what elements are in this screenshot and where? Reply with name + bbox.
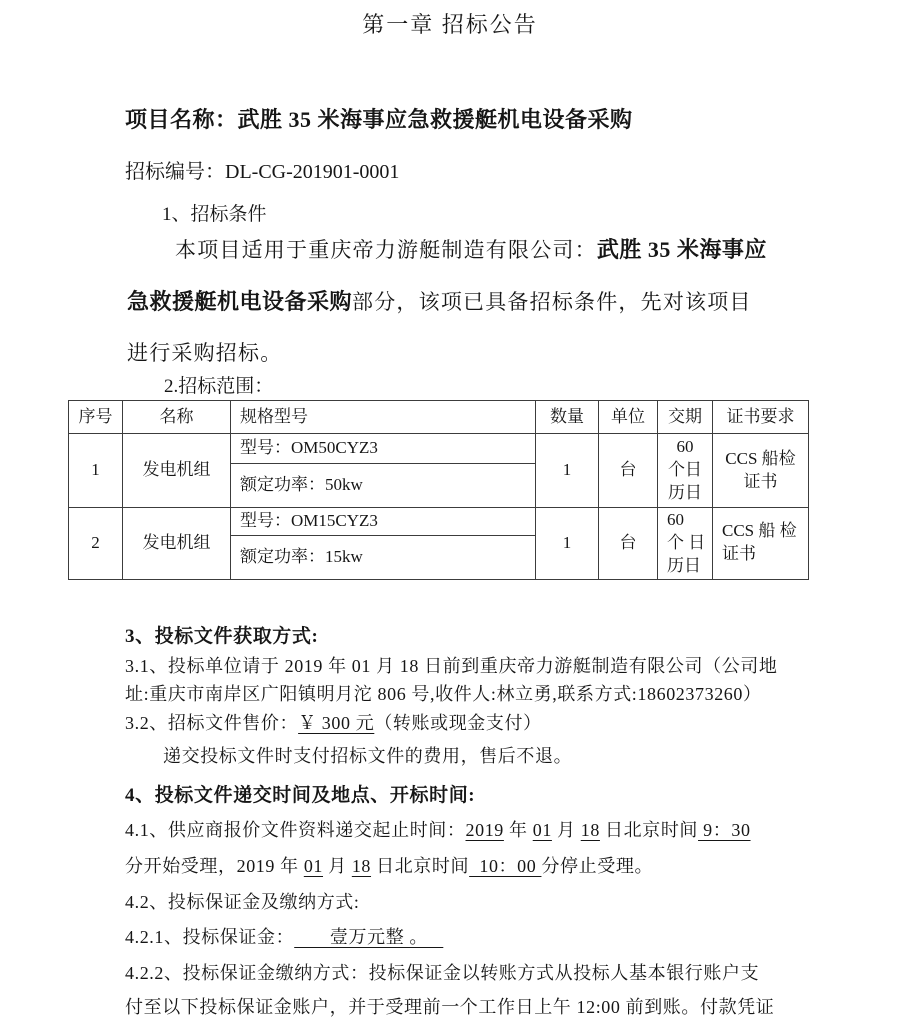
header-seq: 序号 (69, 401, 123, 434)
item-3-2-line: 3.2、招标文件售价：￥ 300 元（转账或现金支付） (125, 709, 542, 735)
cell-unit: 台 (599, 508, 658, 580)
header-name: 名称 (123, 401, 231, 434)
underlined-year: 2019 (466, 820, 504, 840)
section4-heading: 4、投标文件递交时间及地点、开标时间: (125, 780, 475, 807)
header-spec: 规格型号 (231, 401, 536, 434)
item-4-1-line2: 分开始受理，2019 年 01 月 18 日北京时间 10：00 分停止受理。 (125, 852, 653, 878)
tender-number-line: 招标编号：DL-CG-201901-0001 (125, 155, 399, 184)
item-4-1-line1: 4.1、供应商报价文件资料递交起止时间：2019 年 01 月 18 日北京时间… (125, 816, 751, 842)
document-price-underlined: ￥ 300 元 (298, 713, 374, 733)
item-4-2-2-line1: 4.2.2、投标保证金缴纳方式：投标保证金以转账方式从投标人基本银行账户支 (125, 959, 759, 985)
cell-model: 型号：OM50CYZ3 (231, 434, 536, 464)
deposit-amount-underlined: 壹万元整 。 (294, 927, 443, 947)
cell-delivery: 60 个日 历日 (658, 434, 713, 508)
table-row: 2 发电机组 型号：OM15CYZ3 1 台 60 个 日 历日 CCS 船 检… (69, 508, 809, 536)
cell-seq: 2 (69, 508, 123, 580)
procurement-scope-table: 序号 名称 规格型号 数量 单位 交期 证书要求 1 发电机组 型号：OM50C… (68, 400, 809, 580)
underlined-day: 18 (581, 820, 600, 840)
chapter-title: 第一章 招标公告 (0, 8, 900, 39)
table-row: 1 发电机组 型号：OM50CYZ3 1 台 60 个日 历日 CCS 船检 证… (69, 434, 809, 464)
text-segment: 4.1、供应商报价文件资料递交起止时间： (125, 820, 466, 840)
section1-paragraph-line3: 进行采购招标。 (127, 337, 282, 367)
section3-heading: 3、投标文件获取方式: (125, 621, 318, 648)
table-header-row: 序号 名称 规格型号 数量 单位 交期 证书要求 (69, 401, 809, 434)
paragraph-text: 部分，该项已具备招标条件，先对该项目 (352, 290, 752, 314)
header-qty: 数量 (536, 401, 599, 434)
item-4-2-2-line2: 付至以下投标保证金账户，并于受理前一个工作日上午 12:00 前到账。付款凭证 (125, 993, 774, 1019)
underlined-month: 01 (304, 856, 323, 876)
text-segment: 月 (323, 856, 352, 876)
paragraph-bold-text: 武胜 35 米海事应 (597, 237, 767, 262)
paragraph-text: 本项目适用于重庆帝力游艇制造有限公司： (175, 238, 597, 262)
header-cert: 证书要求 (713, 401, 809, 434)
cell-name: 发电机组 (123, 508, 231, 580)
cell-cert: CCS 船 检 证书 (713, 508, 809, 580)
cell-unit: 台 (599, 434, 658, 508)
text-segment: 月 (552, 820, 581, 840)
text-segment: 分开始受理，2019 年 (125, 856, 304, 876)
cell-model: 型号：OM15CYZ3 (231, 508, 536, 536)
item-3-2-suffix: （转账或现金支付） (374, 713, 541, 733)
section1-paragraph-line2: 急救援艇机电设备采购部分，该项已具备招标条件，先对该项目 (127, 285, 752, 316)
item-4-2-1-line: 4.2.1、投标保证金： 壹万元整 。 (125, 923, 443, 949)
cell-name: 发电机组 (123, 434, 231, 508)
text-segment: 日北京时间 (600, 820, 698, 840)
underlined-month: 01 (533, 820, 552, 840)
project-name-heading: 项目名称：武胜 35 米海事应急救援艇机电设备采购 (125, 103, 633, 134)
document-page: { "document": { "chapter_title": "第一章 招标… (0, 0, 900, 1020)
section1-paragraph-line1: 本项目适用于重庆帝力游艇制造有限公司：武胜 35 米海事应 (175, 233, 767, 264)
tender-number-value: DL-CG-201901-0001 (225, 161, 399, 183)
text-segment: 年 (504, 820, 533, 840)
cell-qty: 1 (536, 508, 599, 580)
underlined-day: 18 (352, 856, 371, 876)
header-unit: 单位 (599, 401, 658, 434)
underlined-time: 9：30 (698, 820, 751, 840)
underlined-time: 10：00 (469, 856, 541, 876)
header-delivery: 交期 (658, 401, 713, 434)
tender-number-label: 招标编号： (125, 161, 225, 183)
cell-power: 额定功率：15kw (231, 536, 536, 580)
cell-delivery: 60 个 日 历日 (658, 508, 713, 580)
section1-heading: 1、招标条件 (162, 199, 267, 226)
item-3-2-label: 3.2、招标文件售价： (125, 713, 298, 733)
paragraph-bold-text: 急救援艇机电设备采购 (127, 289, 352, 314)
section2-heading: 2.招标范围： (164, 371, 273, 398)
item-4-2-heading: 4.2、投标保证金及缴纳方式: (125, 888, 360, 914)
item-3-1-line1: 3.1、投标单位请于 2019 年 01 月 18 日前到重庆帝力游艇制造有限公… (125, 652, 778, 678)
text-segment: 分停止受理。 (541, 856, 653, 876)
cell-seq: 1 (69, 434, 123, 508)
cell-power: 额定功率：50kw (231, 464, 536, 508)
cell-qty: 1 (536, 434, 599, 508)
fee-note: 递交投标文件时支付招标文件的费用，售后不退。 (163, 742, 572, 768)
cell-cert: CCS 船检 证书 (713, 434, 809, 508)
text-segment: 日北京时间 (371, 856, 469, 876)
deposit-label: 4.2.1、投标保证金： (125, 927, 294, 947)
item-3-1-line2: 址:重庆市南岸区广阳镇明月沱 806 号,收件人:林立勇,联系方式:186023… (125, 680, 762, 706)
